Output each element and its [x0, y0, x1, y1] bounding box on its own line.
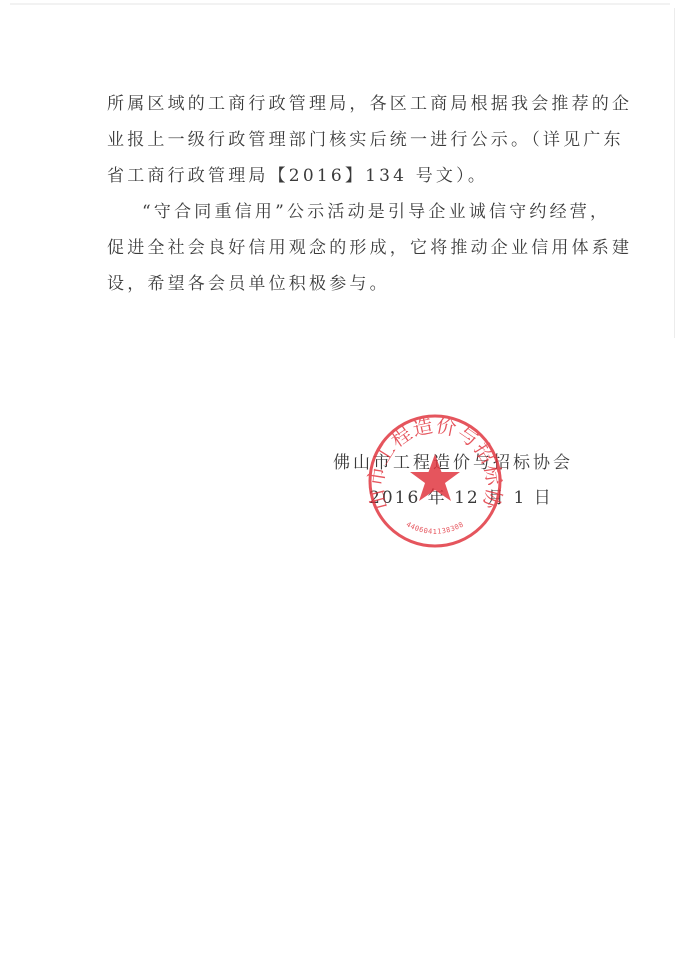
paragraph-line: 所属区域的工商行政管理局，各区工商局根据我会推荐的企: [107, 86, 577, 122]
paragraph-2: “守合同重信用”公示活动是引导企业诚信守约经营， 促进全社会良好信用观念的形成，…: [107, 194, 577, 302]
paragraph-line: 设，希望各会员单位积极参与。: [107, 266, 577, 302]
stamp-serial: 4406041138308: [405, 520, 466, 535]
svg-text:4406041138308: 4406041138308: [405, 520, 466, 535]
paragraph-line: 业报上一级行政管理部门核实后统一进行公示。（详见广东: [107, 122, 577, 158]
official-seal-stamp: 佛山市工程造价与招标协会 4406041138308: [366, 410, 504, 552]
page-edge-top: [10, 3, 670, 5]
paragraph-line: 省工商行政管理局【2016】134 号文）。: [107, 158, 577, 194]
paragraph-1: 所属区域的工商行政管理局，各区工商局根据我会推荐的企 业报上一级行政管理部门核实…: [107, 86, 577, 194]
paragraph-line: “守合同重信用”公示活动是引导企业诚信守约经营，: [107, 194, 577, 230]
paragraph-line: 促进全社会良好信用观念的形成，它将推动企业信用体系建: [107, 230, 577, 266]
page-edge-right: [674, 8, 675, 338]
star-icon: [410, 454, 460, 501]
